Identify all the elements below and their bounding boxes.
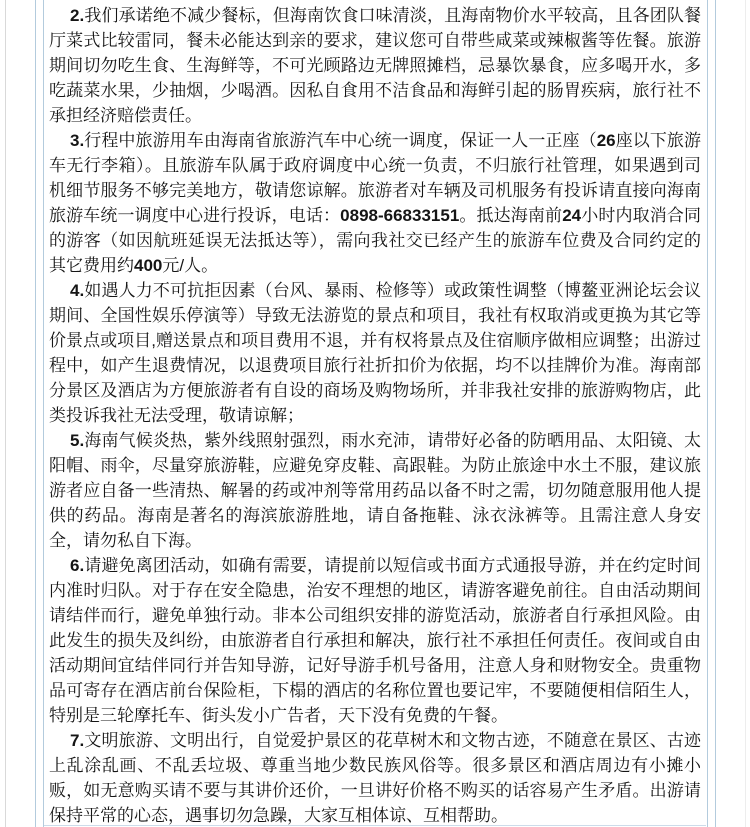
page-left-edge-rule [5,0,6,827]
bold-inline-value: 400 [134,256,162,275]
bold-inline-value: 26 [597,131,616,150]
paragraph-number: 5. [70,431,84,450]
paragraph-number: 2. [70,6,84,25]
notice-paragraph: 5.海南气候炎热，紫外线照射强烈，雨水充沛，请带好必备的防晒用品、太阳镜、太阳帽… [49,428,701,553]
travel-notice-body: 2.我们承诺绝不减少餐标，但海南饮食口味清淡，且海南物价水平较高，且各团队餐厅菜… [49,3,701,827]
notice-paragraph: 2.我们承诺绝不减少餐标，但海南饮食口味清淡，且海南物价水平较高，且各团队餐厅菜… [49,3,701,128]
notice-paragraph: 3.行程中旅游用车由海南省旅游汽车中心统一调度，保证一人一正座（26座以下旅游车… [49,128,701,278]
paragraph-number: 3. [70,131,84,150]
notice-paragraph: 7.文明旅游、文明出行，自觉爱护景区的花草树木和文物古迹，不随意在景区、古迹上乱… [49,728,701,827]
notice-paragraph: 4.如遇人力不可抗拒因素（台风、暴雨、检修等）或政策性调整（博鳌亚洲论坛会议期间… [49,278,701,428]
paragraph-number: 4. [70,281,84,300]
paragraph-number: 7. [70,731,84,750]
bold-inline-value: 0898-66833151 [340,206,459,225]
page-right-edge-rule [745,0,746,827]
bold-inline-value: 24 [562,206,581,225]
paragraph-number: 6. [70,556,84,575]
notice-paragraph: 6.请避免离团活动，如确有需要，请提前以短信或书面方式通报导游，并在约定时间内准… [49,553,701,728]
